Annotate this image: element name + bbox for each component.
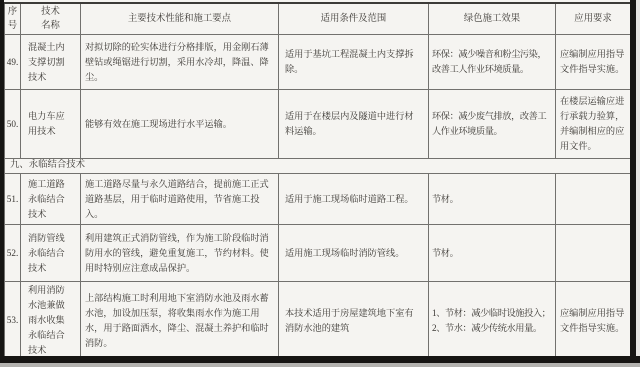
cell-req: 应编制应用指导文件指导实施。	[556, 35, 631, 90]
column-header-tech: 主要技术性能和施工要点	[81, 3, 279, 35]
cell-no: 52.	[5, 225, 21, 282]
cell-scope: 适用施工现场临时消防管线。	[279, 225, 429, 282]
column-header-effect: 绿色施工效果	[429, 3, 556, 35]
cell-scope: 适用于施工现场临时道路工程。	[279, 174, 429, 225]
scan-margin-right	[636, 0, 640, 367]
cell-tech: 利用建筑正式消防管线，作为施工阶段临时消防用水的管线，避免重复施工，节约材料。使…	[81, 225, 279, 282]
cell-no: 51.	[5, 174, 21, 225]
scan-margin-bottom	[0, 363, 640, 367]
table-row: 49.混凝土内支撑切割技术对拟切除的砼实体进行分格排版，用金刚石薄壁钻或绳锯进行…	[5, 35, 631, 90]
cell-effect: 环保：减少废气排放，改善工人作业环境质量。	[429, 90, 556, 159]
cell-tech: 上部结构施工时利用地下室消防水池及雨水蓄水池，加设加压泵，将收集雨水作为施工用水…	[81, 282, 279, 360]
cell-req	[556, 174, 631, 225]
tech-table-body: 49.混凝土内支撑切割技术对拟切除的砼实体进行分格排版，用金刚石薄壁钻或绳锯进行…	[5, 35, 631, 360]
table-row: 50.电力车应用技术能够有效在施工现场进行水平运输。适用于在楼层内及隧道中进行材…	[5, 90, 631, 159]
cell-req: 应编制应用指导文件指导实施。	[556, 282, 631, 360]
table-row: 52.消防管线永临结合技术利用建筑正式消防管线，作为施工阶段临时消防用水的管线，…	[5, 225, 631, 282]
section-title: 九、永临结合技术	[5, 159, 631, 174]
column-header-name: 技术 名称	[21, 3, 81, 35]
cell-tech: 施工道路尽量与永久道路结合，提前施工正式道路基层，用于临时道路使用，节省施工投入…	[81, 174, 279, 225]
scanned-document-page: 序 号技术 名称主要技术性能和施工要点适用条件及范围绿色施工效果应用要求 49.…	[0, 0, 640, 367]
cell-name: 电力车应用技术	[21, 90, 81, 159]
column-header-req: 应用要求	[556, 3, 631, 35]
scan-edge-left	[0, 0, 4, 367]
cell-effect: 1、节材：减少临时设施投入； 2、节水：减少传统水用量。	[429, 282, 556, 360]
cell-effect: 环保：减少噪音和粉尘污染，改善工人作业环境质量。	[429, 35, 556, 90]
cell-name: 消防管线永临结合技术	[21, 225, 81, 282]
table-row: 53.利用消防水池兼做雨水收集永临结合技术上部结构施工时利用地下室消防水池及雨水…	[5, 282, 631, 360]
scan-edge-bottom	[0, 356, 640, 363]
cell-scope: 适用于基坑工程混凝土内支撑拆除。	[279, 35, 429, 90]
cell-effect: 节材。	[429, 174, 556, 225]
cell-no: 53.	[5, 282, 21, 360]
column-header-no: 序 号	[5, 3, 21, 35]
cell-effect: 节材。	[429, 225, 556, 282]
cell-req	[556, 225, 631, 282]
cell-scope: 适用于在楼层内及隧道中进行材料运输。	[279, 90, 429, 159]
cell-req: 在楼层运输应进行承载力验算，并编制相应的应用文件。	[556, 90, 631, 159]
cell-name: 利用消防水池兼做雨水收集永临结合技术	[21, 282, 81, 360]
cell-name: 混凝土内支撑切割技术	[21, 35, 81, 90]
technology-table: 序 号技术 名称主要技术性能和施工要点适用条件及范围绿色施工效果应用要求 49.…	[4, 2, 631, 360]
cell-no: 49.	[5, 35, 21, 90]
table-row: 51.施工道路永临结合技术施工道路尽量与永久道路结合，提前施工正式道路基层，用于…	[5, 174, 631, 225]
tech-table-header-row: 序 号技术 名称主要技术性能和施工要点适用条件及范围绿色施工效果应用要求	[5, 3, 631, 35]
cell-tech: 能够有效在施工现场进行水平运输。	[81, 90, 279, 159]
section-row: 九、永临结合技术	[5, 159, 631, 174]
cell-no: 50.	[5, 90, 21, 159]
column-header-scope: 适用条件及范围	[279, 3, 429, 35]
cell-name: 施工道路永临结合技术	[21, 174, 81, 225]
cell-tech: 对拟切除的砼实体进行分格排版，用金刚石薄壁钻或绳锯进行切割，采用水冷却，降温、降…	[81, 35, 279, 90]
cell-scope: 本技术适用于房屋建筑地下室有消防水池的建筑	[279, 282, 429, 360]
